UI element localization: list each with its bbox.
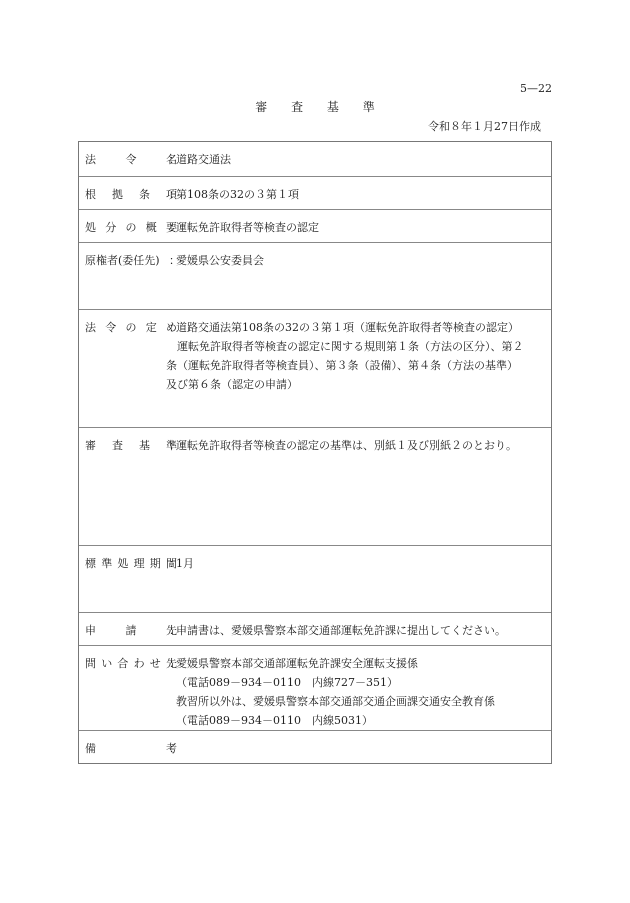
label-char: 原権者(委任先)	[85, 254, 160, 267]
row-value: 第108条の32の３第１項	[176, 185, 545, 204]
label-char: 令	[126, 153, 137, 166]
value-line: 愛媛県公安委員会	[176, 251, 545, 270]
label-char: い	[101, 657, 112, 670]
row-label: 申請先	[85, 624, 177, 637]
page-number: 5—22	[520, 82, 552, 95]
table-row-legal-provisions: 法令の定め：道路交通法第108条の32の３第１項（運転免許取得者等検査の認定） …	[79, 309, 551, 427]
label-char: 法	[85, 321, 96, 334]
label-char: 分	[105, 221, 116, 234]
label-char: せ	[150, 657, 161, 670]
label-char: 法	[85, 153, 96, 166]
value-line: 教習所以外は、愛媛県警察本部交通部交通企画課交通安全教育係	[176, 692, 545, 711]
row-label: 法令の定め	[85, 321, 177, 334]
label-char: 合	[117, 657, 128, 670]
value-line: 道路交通法	[176, 150, 545, 169]
label-char: 条	[139, 188, 150, 201]
value-line: 及び第６条（認定の申請）	[166, 375, 545, 394]
value-line: （電話089－934－0110 内線727－351）	[176, 673, 545, 692]
value-line: 申請書は、愛媛県警察本部交通部運転免許課に提出してください。	[176, 621, 545, 640]
row-value: 愛媛県警察本部交通部運転免許課安全運転支援係（電話089－934－0110 内線…	[176, 654, 545, 730]
table-row-contact: 問い合わせ先：愛媛県警察本部交通部運転免許課安全運転支援係（電話089－934－…	[79, 645, 551, 730]
review-standards-table: 法令名：道路交通法根拠条項：第108条の32の３第１項処分の概要：運転免許取得者…	[78, 141, 552, 764]
label-char: 準	[101, 557, 112, 570]
label-char: わ	[134, 657, 145, 670]
value-line: （電話089－934－0110 内線5031）	[176, 711, 545, 730]
row-label: 根拠条項	[85, 188, 177, 201]
value-line: 運転免許取得者等検査の認定に関する規則第１条（方法の区分）、第２	[166, 337, 545, 356]
label-char: 拠	[112, 188, 123, 201]
label-char: 基	[139, 439, 150, 452]
value-line: 道路交通法第108条の32の３第１項（運転免許取得者等検査の認定）	[176, 318, 545, 337]
label-char: の	[126, 321, 137, 334]
row-label: 審査基準	[85, 439, 177, 452]
creation-date: 令和８年１月27日作成	[428, 118, 541, 134]
table-row-original-authority: 原権者(委任先)：愛媛県公安委員会	[79, 242, 551, 309]
value-line: 条（運転免許取得者等検査員）、第３条（設備）、第４条（方法の基準）	[166, 356, 545, 375]
document-title: 審 査 基 準	[0, 98, 630, 115]
value-line: 1月	[176, 554, 545, 573]
label-char: 問	[85, 657, 96, 670]
label-char: 期	[150, 557, 161, 570]
row-value: 運転免許取得者等検査の認定の基準は、別紙１及び別紙２のとおり。	[176, 436, 545, 455]
row-value: 道路交通法	[176, 150, 545, 169]
row-label: 問い合わせ先	[85, 657, 177, 670]
label-char: の	[126, 221, 137, 234]
value-line: 愛媛県警察本部交通部運転免許課安全運転支援係	[176, 654, 545, 673]
row-value: 運転免許取得者等検査の認定	[176, 218, 545, 237]
label-char: 請	[126, 624, 137, 637]
table-row-application-destination: 申請先：申請書は、愛媛県警察本部交通部運転免許課に提出してください。	[79, 612, 551, 645]
row-value: 道路交通法第108条の32の３第１項（運転免許取得者等検査の認定） 運転免許取得…	[176, 318, 545, 394]
value-line: 第108条の32の３第１項	[176, 185, 545, 204]
row-value: 申請書は、愛媛県警察本部交通部運転免許課に提出してください。	[176, 621, 545, 640]
label-char: 定	[146, 321, 157, 334]
label-char: 備	[85, 742, 96, 755]
label-char: 処	[117, 557, 128, 570]
table-row-basis-article: 根拠条項：第108条の32の３第１項	[79, 176, 551, 209]
label-char: 処	[85, 221, 96, 234]
label-char: 理	[134, 557, 145, 570]
label-char: 概	[146, 221, 157, 234]
label-char: 申	[85, 624, 96, 637]
label-char: 査	[112, 439, 123, 452]
row-label: 法令名	[85, 153, 177, 166]
label-char: 令	[105, 321, 116, 334]
table-row-remarks: 備考：	[79, 730, 551, 763]
label-colon: ：	[169, 742, 180, 755]
value-line: 運転免許取得者等検査の認定の基準は、別紙１及び別紙２のとおり。	[176, 436, 545, 455]
row-value: 1月	[176, 554, 545, 573]
label-char: 標	[85, 557, 96, 570]
row-label: 備考	[85, 742, 177, 755]
row-value: 愛媛県公安委員会	[176, 251, 545, 270]
value-line: 運転免許取得者等検査の認定	[176, 218, 545, 237]
row-label: 原権者(委任先)	[85, 254, 177, 267]
row-label: 処分の概要	[85, 221, 177, 234]
table-row-review-criteria: 審査基準：運転免許取得者等検査の認定の基準は、別紙１及び別紙２のとおり。	[79, 427, 551, 545]
table-row-standard-processing-period: 標準処理期間：1月	[79, 545, 551, 612]
label-char: 根	[85, 188, 96, 201]
table-row-disposition-summary: 処分の概要：運転免許取得者等検査の認定	[79, 209, 551, 242]
row-label: 標準処理期間	[85, 557, 177, 570]
label-char: 審	[85, 439, 96, 452]
table-row-law-name: 法令名：道路交通法	[79, 142, 551, 176]
